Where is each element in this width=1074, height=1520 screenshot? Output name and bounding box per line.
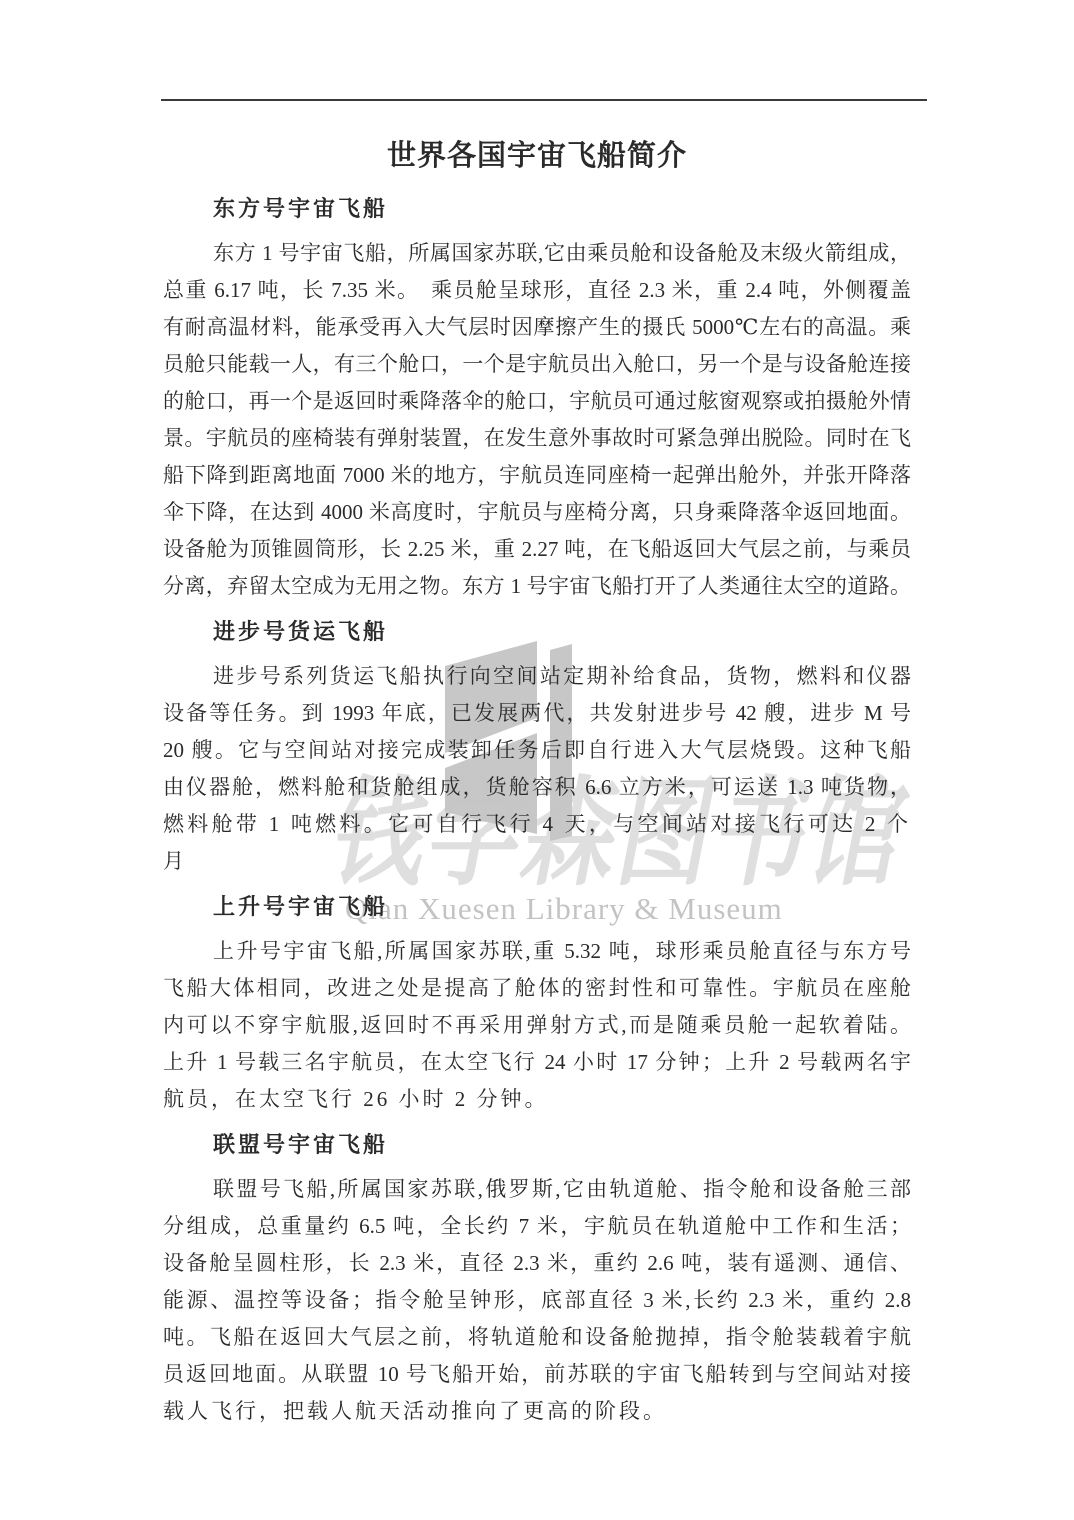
section-heading: 东方号宇宙飞船: [163, 190, 911, 227]
section-heading: 上升号宇宙飞船: [163, 888, 911, 925]
text-line: 上升号宇宙飞船,所属国家苏联,重 5.32 吨，球形乘员舱直径与东方号: [163, 933, 911, 970]
text-line: 航员，在太空飞行 26 小时 2 分钟。: [163, 1081, 911, 1118]
text-line: 飞船大体相同，改进之处是提高了舱体的密封性和可靠性。宇航员在座舱: [163, 970, 911, 1007]
text-line: 总重 6.17 吨，长 7.35 米。 乘员舱呈球形，直径 2.3 米，重 2.…: [163, 272, 911, 309]
text-line: 内可以不穿宇航服,返回时不再采用弹射方式,而是随乘员舱一起软着陆。: [163, 1007, 911, 1044]
text-line: 20 艘。它与空间站对接完成装卸任务后即自行进入大气层烧毁。这种飞船: [163, 732, 911, 769]
text-line: 设备等任务。到 1993 年底，已发展两代，共发射进步号 42 艘，进步 M 号: [163, 695, 911, 732]
text-line: 设备舱为顶锥圆筒形，长 2.25 米，重 2.27 吨，在飞船返回大气层之前，与…: [163, 531, 911, 568]
text-line: 景。宇航员的座椅装有弹射装置，在发生意外事故时可紧急弹出脱险。同时在飞: [163, 420, 911, 457]
text-line: 联盟号飞船,所属国家苏联,俄罗斯,它由轨道舱、指令舱和设备舱三部: [163, 1171, 911, 1208]
text-line: 的舱口，再一个是返回时乘降落伞的舱口，宇航员可通过舷窗观察或拍摄舱外情: [163, 383, 911, 420]
text-line: 分离，弃留太空成为无用之物。东方 1 号宇宙飞船打开了人类通往太空的道路。: [163, 568, 911, 605]
sections-container: 东方号宇宙飞船东方 1 号宇宙飞船，所属国家苏联,它由乘员舱和设备舱及末级火箭组…: [163, 190, 911, 1430]
text-line: 员返回地面。从联盟 10 号飞船开始，前苏联的宇宙飞船转到与空间站对接: [163, 1356, 911, 1393]
document-page: 钱学森图书馆 Qian Xuesen Library & Museum 世界各国…: [0, 0, 1074, 1520]
text-line: 上升 1 号载三名宇航员，在太空飞行 24 小时 17 分钟；上升 2 号载两名…: [163, 1044, 911, 1081]
document-title: 世界各国宇宙飞船简介: [163, 134, 911, 178]
section-heading: 进步号货运飞船: [163, 613, 911, 650]
text-line: 燃料舱带 1 吨燃料。它可自行飞行 4 天，与空间站对接飞行可达 2 个月: [163, 806, 911, 880]
text-line: 载人飞行，把载人航天活动推向了更高的阶段。: [163, 1393, 911, 1430]
document-content: 世界各国宇宙飞船简介 东方号宇宙飞船东方 1 号宇宙飞船，所属国家苏联,它由乘员…: [163, 101, 911, 1430]
text-line: 由仪器舱，燃料舱和货舱组成，货舱容积 6.6 立方米，可运送 1.3 吨货物，: [163, 769, 911, 806]
section-heading: 联盟号宇宙飞船: [163, 1126, 911, 1163]
text-line: 有耐高温材料，能承受再入大气层时因摩擦产生的摄氏 5000℃左右的高温。乘: [163, 309, 911, 346]
text-line: 进步号系列货运飞船执行向空间站定期补给食品，货物，燃料和仪器: [163, 658, 911, 695]
text-line: 伞下降，在达到 4000 米高度时，宇航员与座椅分离，只身乘降落伞返回地面。: [163, 494, 911, 531]
text-line: 吨。飞船在返回大气层之前，将轨道舱和设备舱抛掉，指令舱装载着宇航: [163, 1319, 911, 1356]
text-line: 设备舱呈圆柱形，长 2.3 米，直径 2.3 米，重约 2.6 吨，装有遥测、通…: [163, 1245, 911, 1282]
text-line: 东方 1 号宇宙飞船，所属国家苏联,它由乘员舱和设备舱及末级火箭组成，: [163, 235, 911, 272]
text-line: 分组成，总重量约 6.5 吨，全长约 7 米，宇航员在轨道舱中工作和生活；: [163, 1208, 911, 1245]
text-line: 员舱只能载一人，有三个舱口，一个是宇航员出入舱口，另一个是与设备舱连接: [163, 346, 911, 383]
text-line: 能源、温控等设备；指令舱呈钟形，底部直径 3 米,长约 2.3 米，重约 2.8: [163, 1282, 911, 1319]
text-line: 船下降到距离地面 7000 米的地方，宇航员连同座椅一起弹出舱外，并张开降落: [163, 457, 911, 494]
